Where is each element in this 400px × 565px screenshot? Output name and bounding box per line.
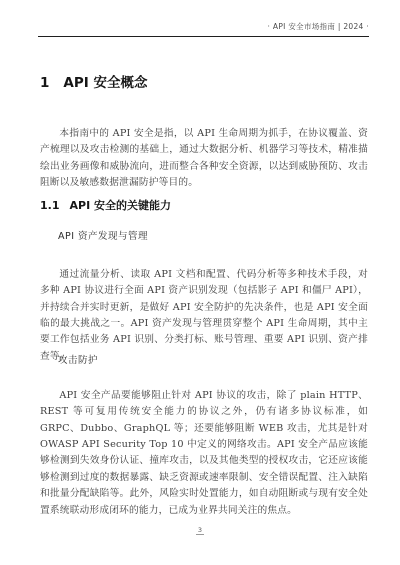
asset-discovery-paragraph: 通过流量分析、读取 API 文档和配置、代码分析等多种技术手段，对多种 API … bbox=[40, 267, 368, 365]
document-page: · API 安全市场指南 | 2024 · 1API 安全概念 本指南中的 AP… bbox=[0, 0, 400, 565]
attack-protection-paragraph: API 安全产品要能够阻止针对 API 协议的攻击，除了 plain HTTP、… bbox=[40, 388, 368, 519]
chapter-heading: 1API 安全概念 bbox=[40, 71, 368, 91]
chapter-number: 1 bbox=[40, 75, 49, 91]
page-content: 1API 安全概念 本指南中的 API 安全是指，以 API 生命周期为抓手，在… bbox=[40, 0, 368, 565]
page-footer: 3 bbox=[0, 526, 400, 535]
page-number: 3 bbox=[196, 526, 204, 535]
subsection-heading-asset-discovery: API 资产发现与管理 bbox=[58, 228, 368, 242]
chapter-title: API 安全概念 bbox=[63, 75, 147, 91]
intro-paragraph: 本指南中的 API 安全是指，以 API 生命周期为抓手，在协议覆盖、资产梳理以… bbox=[40, 126, 368, 192]
subsection-heading-attack-protection: 攻击防护 bbox=[58, 352, 368, 366]
section-title: API 安全的关键能力 bbox=[70, 199, 172, 212]
section-heading: 1.1API 安全的关键能力 bbox=[40, 197, 368, 213]
section-number: 1.1 bbox=[40, 199, 60, 212]
